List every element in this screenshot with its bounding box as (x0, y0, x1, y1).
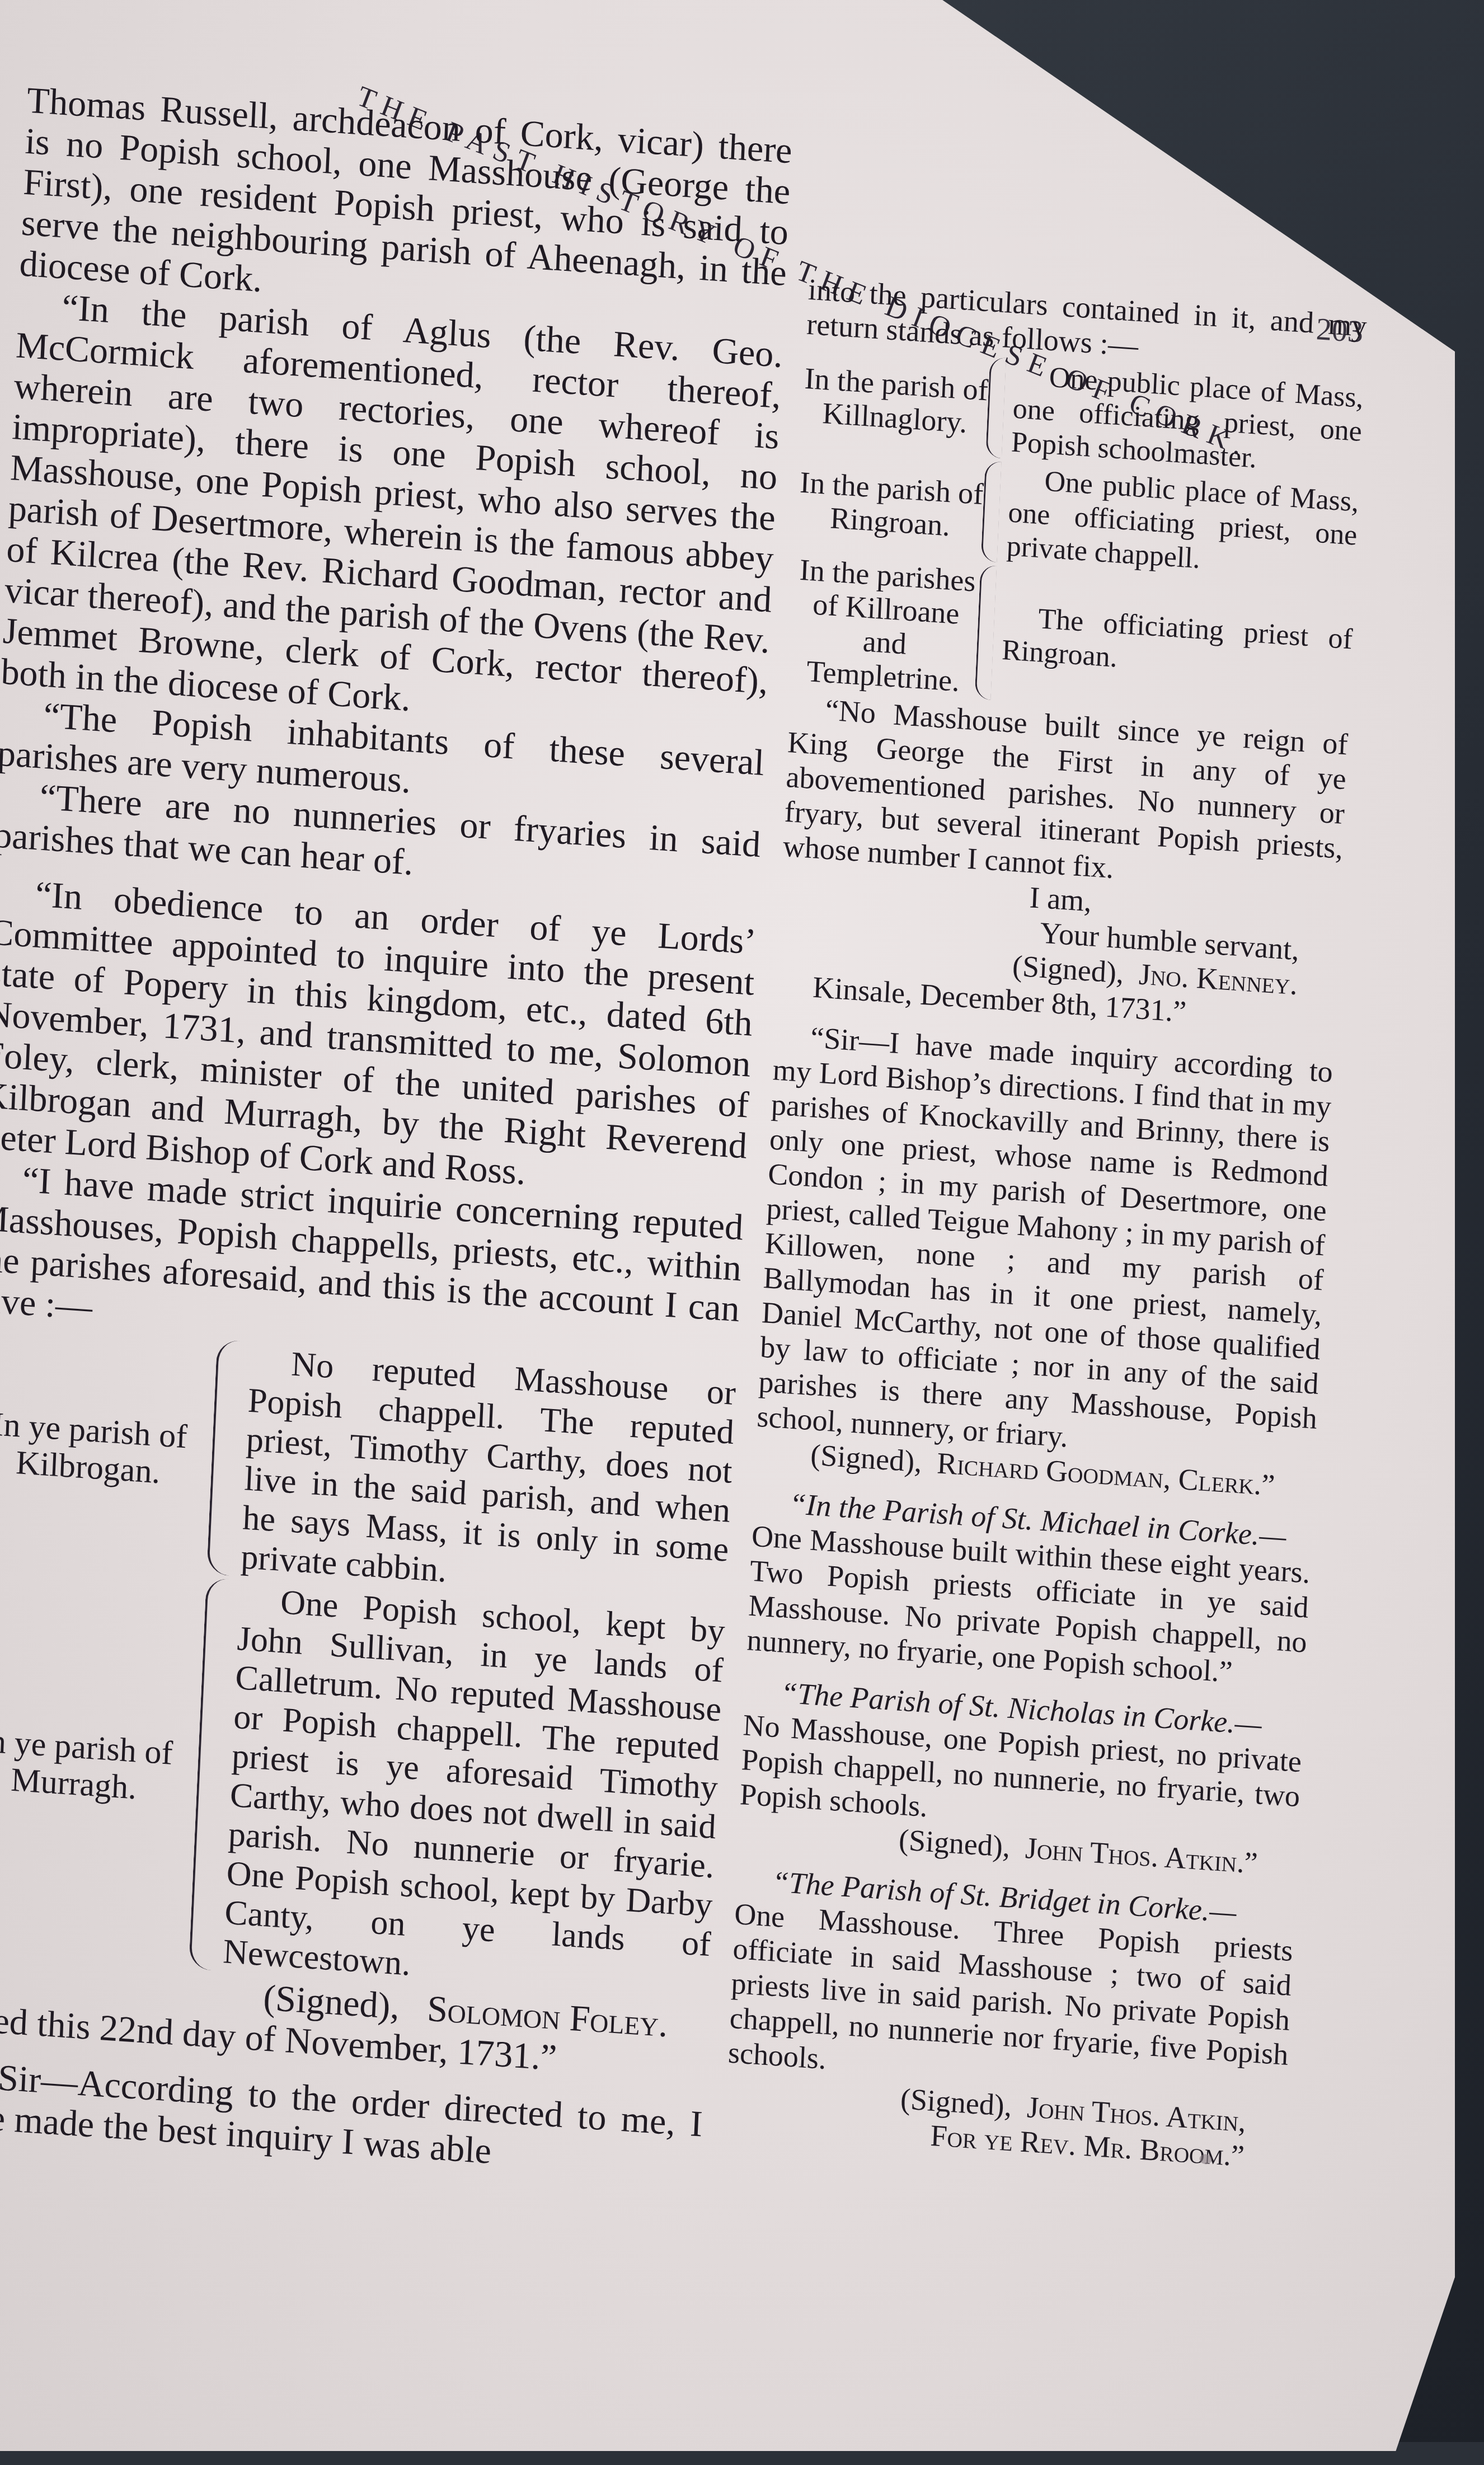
parish-description: One public place of Mass, one officiatin… (1011, 359, 1364, 482)
paragraph: “Sir—I have made inquiry according to my… (757, 1017, 1334, 1471)
parish-entry-murragh: In ye parish of Murragh. One Popish scho… (0, 1561, 726, 2003)
parish-label: In the parish of Killnaglory. (801, 345, 990, 458)
page-sheet: The Past History of the Diocese of Cork.… (0, 78, 1435, 2442)
paragraph: “No Masshouse built since ye reign of Ki… (782, 690, 1349, 900)
paragraph: One Masshouse. Three Popish priests offi… (727, 1896, 1294, 2107)
left-column: Thomas Russell, archdeacon of Cork, vica… (0, 80, 793, 2186)
signed-label: (Signed), (810, 1438, 923, 1478)
signed-label: (Signed), (898, 1823, 1011, 1863)
parish-label: In ye parish of Kilbrogan. (0, 1323, 217, 1574)
parish-description: The officiating priest of Ringroan. (999, 566, 1355, 724)
parish-label: In ye parish of Murragh. (0, 1561, 206, 1969)
parish-label: In the parishes of Killroane and Templet… (790, 552, 980, 699)
parish-description: One public place of Mass, one officiatin… (1006, 462, 1360, 586)
right-column: into the particulars contained in it, an… (724, 272, 1368, 2176)
parish-label: In the parish of Ringroan. (796, 449, 985, 562)
signed-label: (Signed), (900, 2082, 1013, 2123)
book-page: The Past History of the Diocese of Cork.… (0, 0, 1455, 2442)
paragraph: “In obedience to an order of ye Lords’ C… (0, 871, 757, 1207)
paragraph: “In the parish of Aglus (the Rev. Geo. M… (0, 284, 783, 743)
parish-entry-kilbrogan: In ye parish of Kilbrogan. No reputed Ma… (0, 1323, 736, 1608)
parish-description: One Popish school, kept by John Sullivan… (222, 1580, 726, 2003)
parish-description: No reputed Masshouse or Popish chappell.… (240, 1342, 736, 1609)
